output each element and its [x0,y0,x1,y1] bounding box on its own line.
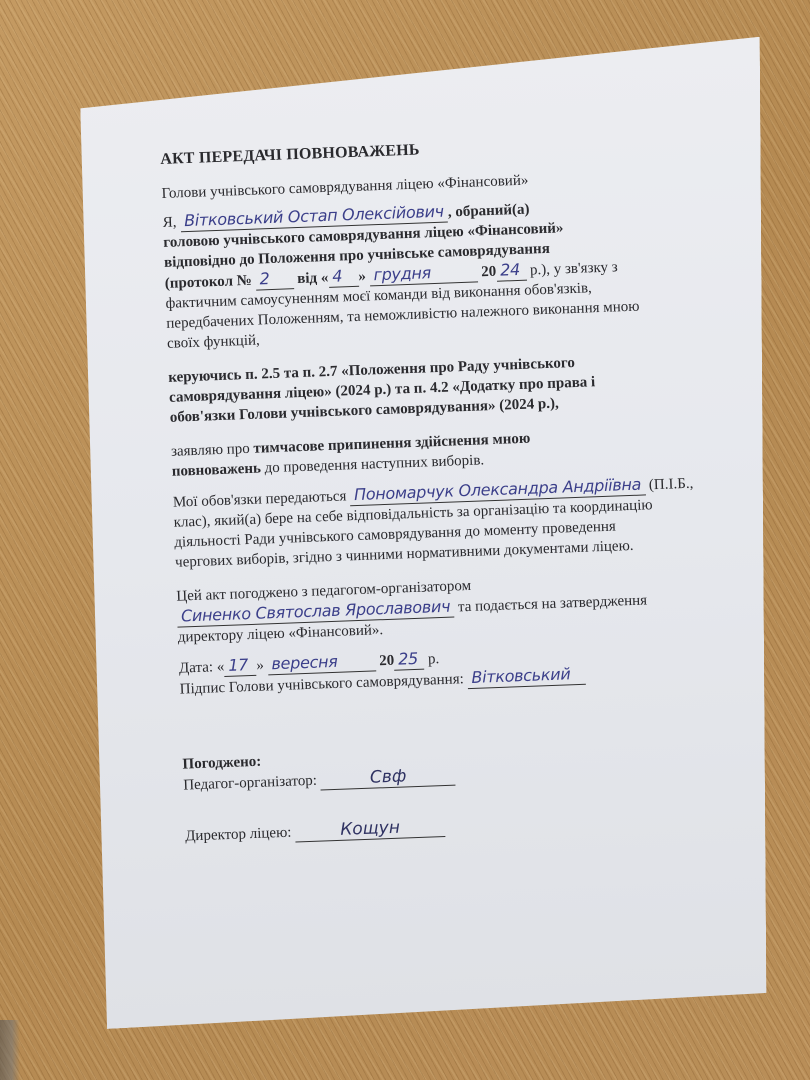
protocol-year-field[interactable]: 24 [496,260,527,282]
document-body: АКТ ПЕРЕДАЧІ ПОВНОВАЖЕНЬ Голови учнівськ… [160,131,705,847]
protocol-day-field[interactable]: 4 [328,266,359,288]
protocol-number-field[interactable]: 2 [255,268,294,290]
date-year-field[interactable]: 25 [394,649,425,671]
head-signature-field[interactable]: Вітковський [467,664,586,689]
date-day-field[interactable]: 17 [224,655,257,677]
object-edge [0,1020,20,1080]
approval-block: Погоджено: Педагог-організатор: Свф Дире… [182,736,705,847]
